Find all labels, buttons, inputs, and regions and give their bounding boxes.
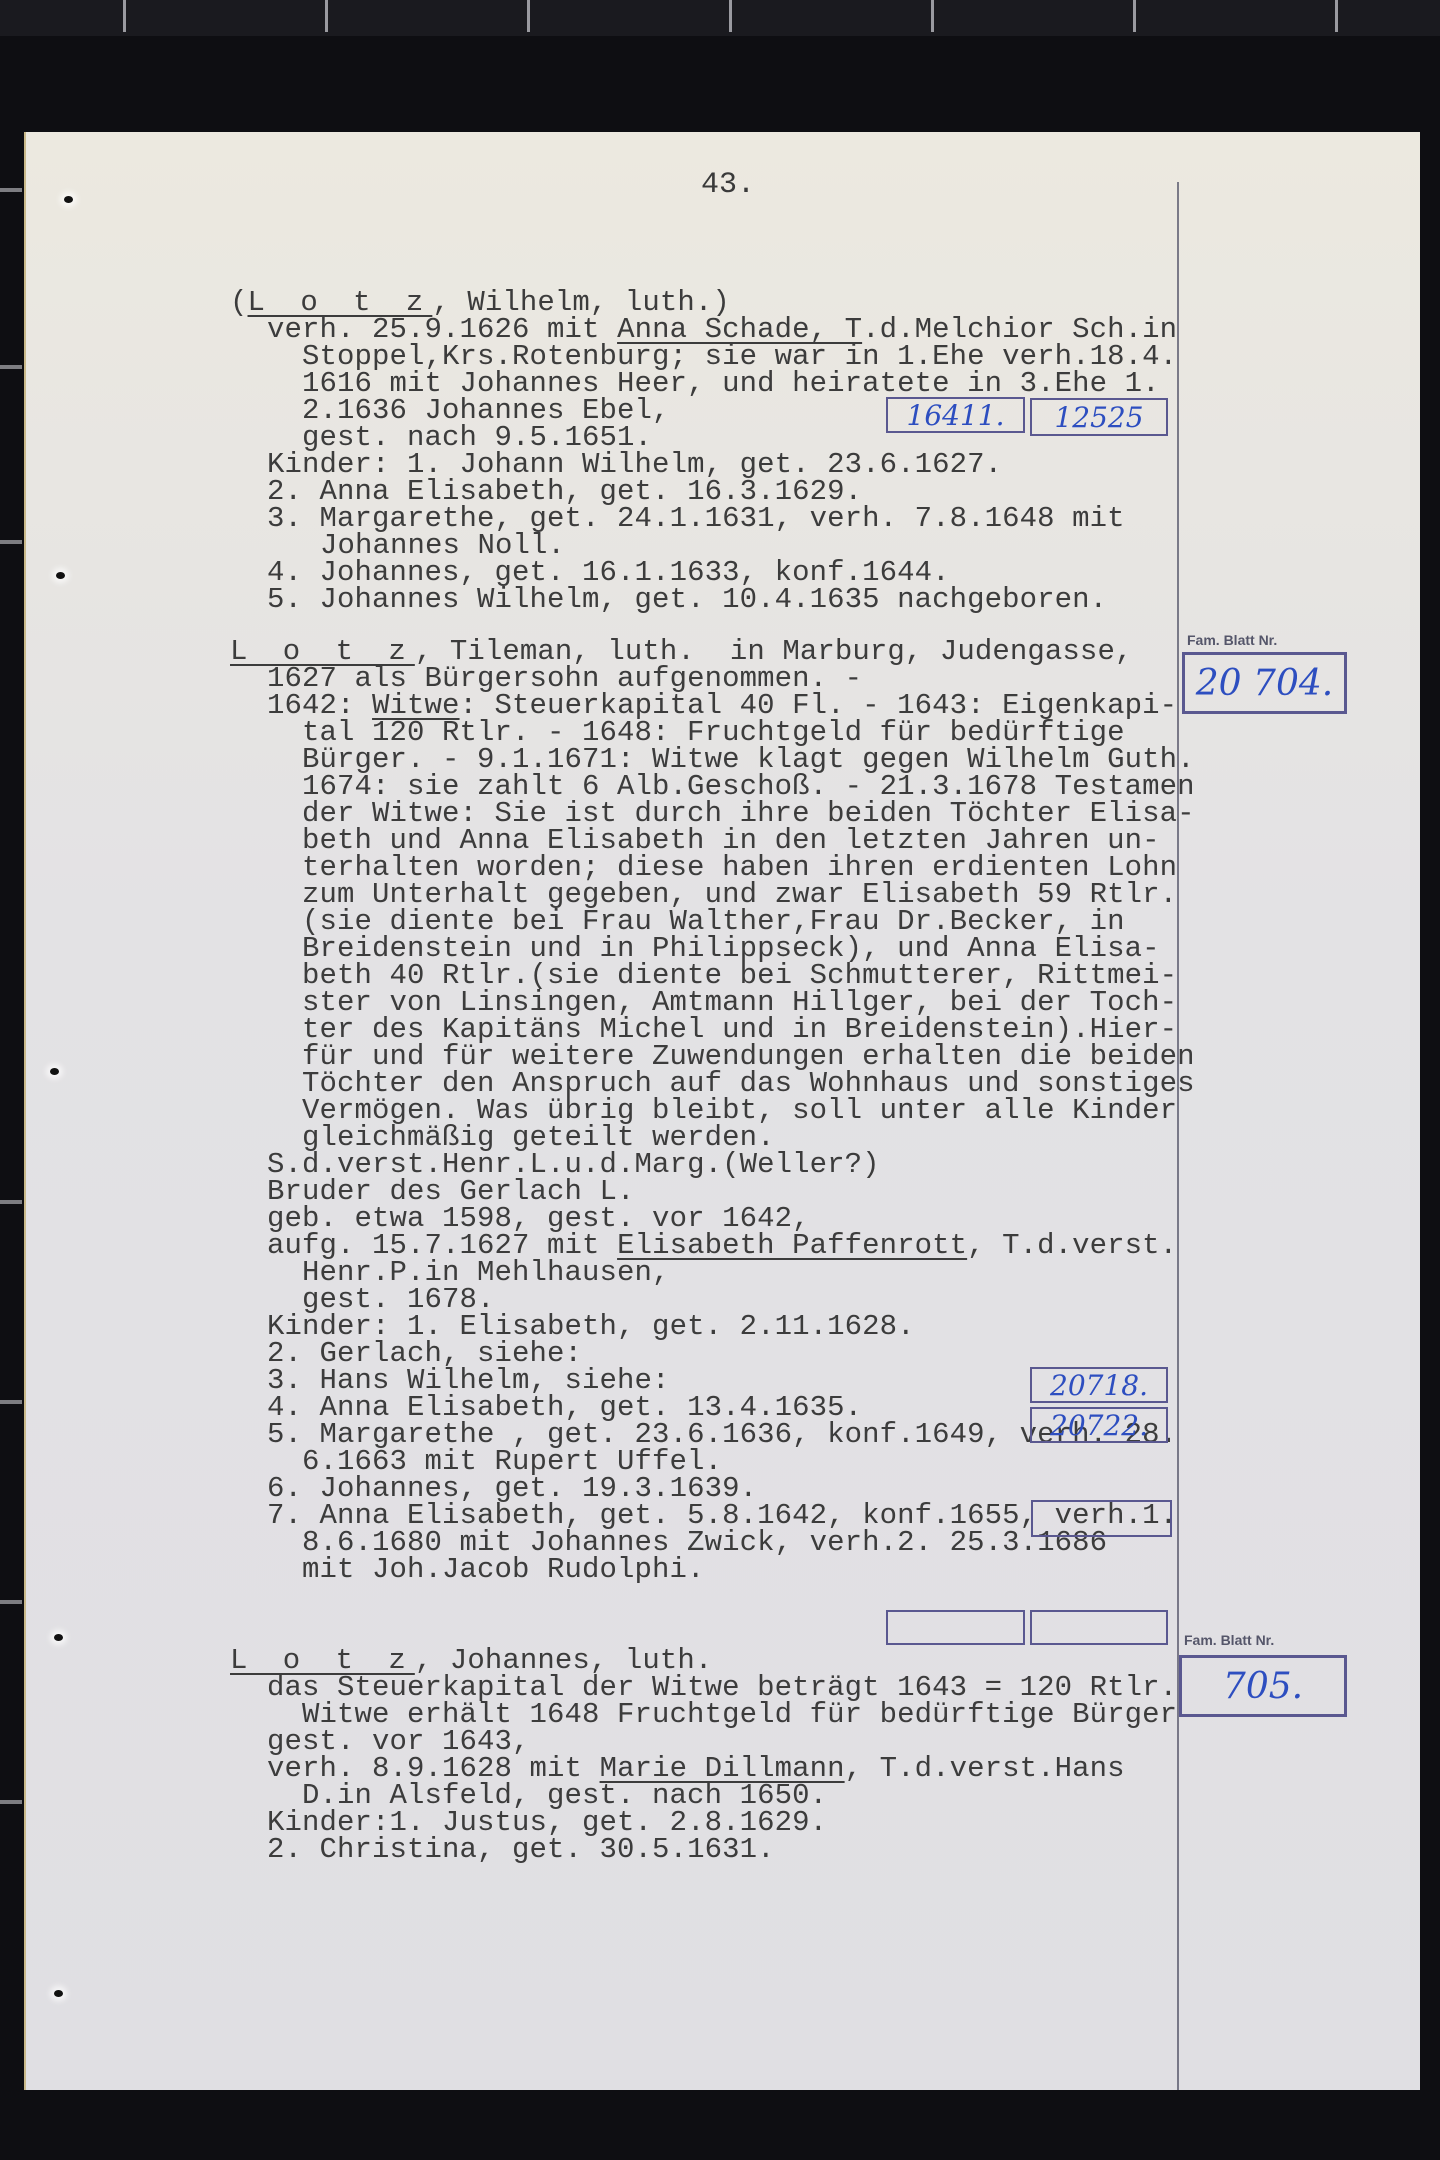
film-tick <box>123 0 126 32</box>
punch-hole <box>50 1068 59 1075</box>
text-line: gest. 1678. <box>302 1286 495 1313</box>
reference-box-empty <box>1030 1610 1168 1645</box>
film-edge-mark <box>0 1800 22 1804</box>
child-item-cont: 8.6.1680 mit Johannes Zwick, verh.2. 25.… <box>302 1529 1107 1556</box>
punch-hole <box>54 1634 63 1641</box>
text-line: beth und Anna Elisabeth in den letzten J… <box>302 827 1160 854</box>
text-line: aufg. 15.7.1627 mit Elisabeth Paffenrott… <box>267 1232 1177 1259</box>
text-line: Stoppel,Krs.Rotenburg; sie war in 1.Ehe … <box>302 343 1177 370</box>
text-line: (sie diente bei Frau Walther,Frau Dr.Bec… <box>302 908 1125 935</box>
text-line: 1642: Witwe: Steuerkapital 40 Fl. - 1643… <box>267 692 1177 719</box>
child-item: 3. Margarethe, get. 24.1.1631, verh. 7.8… <box>267 505 1125 532</box>
text-line: geb. etwa 1598, gest. vor 1642, <box>267 1205 810 1232</box>
text-line: Breidenstein und in Philippseck), und An… <box>302 935 1160 962</box>
text-line: terhalten worden; diese haben ihren erdi… <box>302 854 1177 881</box>
children-heading: Kinder: 1. Johann Wilhelm, get. 23.6.162… <box>267 451 1002 478</box>
text-line: verh. 8.9.1628 mit Marie Dillmann, T.d.v… <box>267 1755 1125 1782</box>
text-line: ter des Kapitäns Michel und in Breidenst… <box>302 1016 1177 1043</box>
child-item-cont: Johannes Noll. <box>320 532 565 559</box>
child-item: 2. Gerlach, siehe: <box>267 1340 582 1367</box>
text-line: 2.1636 Johannes Ebel, <box>302 397 670 424</box>
child-item: 4. Johannes, get. 16.1.1633, konf.1644. <box>267 559 950 586</box>
text-line: Witwe erhält 1648 Fruchtgeld für bedürft… <box>302 1701 1177 1728</box>
film-tick <box>527 0 530 32</box>
child-item-cont: mit Joh.Jacob Rudolphi. <box>302 1556 705 1583</box>
film-edge-mark <box>0 365 22 369</box>
film-strip-top <box>0 0 1440 36</box>
punch-hole <box>64 196 73 203</box>
text-line: beth 40 Rtlr.(sie diente bei Schmutterer… <box>302 962 1177 989</box>
text-line: S.d.verst.Henr.L.u.d.Marg.(Weller?) <box>267 1151 880 1178</box>
fam-blatt-label: Fam. Blatt Nr. <box>1184 1632 1274 1648</box>
text-line: das Steuerkapital der Witwe beträgt 1643… <box>267 1674 1177 1701</box>
text-line: 1616 mit Johannes Heer, und heiratete in… <box>302 370 1160 397</box>
fam-blatt-label: Fam. Blatt Nr. <box>1187 632 1277 648</box>
entry-header-tileman: L o t z, Tileman, luth. in Marburg, Jude… <box>230 638 1132 665</box>
text-line: für und für weitere Zuwendungen erhalten… <box>302 1043 1195 1070</box>
text-line: D.in Alsfeld, gest. nach 1650. <box>302 1782 827 1809</box>
child-item-cont: 6.1663 mit Rupert Uffel. <box>302 1448 722 1475</box>
film-tick <box>729 0 732 32</box>
punch-hole <box>54 1990 63 1997</box>
child-item: 2. Christina, get. 30.5.1631. <box>267 1836 775 1863</box>
reference-box-empty <box>1031 1500 1172 1537</box>
film-tick <box>325 0 328 32</box>
text-line: der Witwe: Sie ist durch ihre beiden Töc… <box>302 800 1195 827</box>
document-page: 43. (L o t z, Wilhelm, luth.) verh. 25.9… <box>24 132 1420 2090</box>
child-item: 2. Anna Elisabeth, get. 16.3.1629. <box>267 478 862 505</box>
film-edge-mark <box>0 1200 22 1204</box>
fam-blatt-box: 20 704. <box>1182 652 1347 714</box>
film-edge-mark <box>0 188 22 192</box>
entry-header-johannes: L o t z, Johannes, luth. <box>230 1647 712 1674</box>
child-item: 3. Hans Wilhelm, siehe: <box>267 1367 670 1394</box>
text-line: gleichmäßig geteilt werden. <box>302 1124 775 1151</box>
punch-hole <box>56 572 65 579</box>
film-edge-mark <box>0 540 22 544</box>
text-line: gest. nach 9.5.1651. <box>302 424 652 451</box>
text-line: gest. vor 1643, <box>267 1728 530 1755</box>
children-heading: Kinder: 1. Elisabeth, get. 2.11.1628. <box>267 1313 915 1340</box>
page-number: 43. <box>701 168 755 202</box>
reference-box: 20718. <box>1030 1367 1168 1403</box>
child-item: 5. Johannes Wilhelm, get. 10.4.1635 nach… <box>267 586 1107 613</box>
child-item: 4. Anna Elisabeth, get. 13.4.1635. <box>267 1394 862 1421</box>
film-edge-mark <box>0 1600 22 1604</box>
text-line: 1674: sie zahlt 6 Alb.Geschoß. - 21.3.16… <box>302 773 1195 800</box>
text-line: verh. 25.9.1626 mit Anna Schade, T.d.Mel… <box>267 316 1177 343</box>
text-line: tal 120 Rtlr. - 1648: Fruchtgeld für bed… <box>302 719 1125 746</box>
child-item: 6. Johannes, get. 19.3.1639. <box>267 1475 757 1502</box>
text-line: ster von Linsingen, Amtmann Hillger, bei… <box>302 989 1177 1016</box>
film-tick <box>1335 0 1338 32</box>
children-heading: Kinder:1. Justus, get. 2.8.1629. <box>267 1809 827 1836</box>
entry-header-wilhelm: (L o t z, Wilhelm, luth.) <box>230 289 730 316</box>
reference-box: 12525 <box>1030 398 1168 436</box>
text-line: Töchter den Anspruch auf das Wohnhaus un… <box>302 1070 1195 1097</box>
film-tick <box>931 0 934 32</box>
film-tick <box>1133 0 1136 32</box>
text-line: Bürger. - 9.1.1671: Witwe klagt gegen Wi… <box>302 746 1195 773</box>
text-line: Vermögen. Was übrig bleibt, soll unter a… <box>302 1097 1177 1124</box>
fam-blatt-box: 705. <box>1179 1655 1347 1717</box>
text-line: zum Unterhalt gegeben, und zwar Elisabet… <box>302 881 1177 908</box>
reference-box: 16411. <box>886 397 1025 433</box>
text-line: Bruder des Gerlach L. <box>267 1178 635 1205</box>
reference-box: 20722. <box>1030 1407 1168 1443</box>
margin-rule <box>1177 182 1179 2090</box>
text-line: 1627 als Bürgersohn aufgenommen. - <box>267 665 862 692</box>
text-line: Henr.P.in Mehlhausen, <box>302 1259 670 1286</box>
reference-box-empty <box>886 1610 1025 1645</box>
spouse-name: Elisabeth Paffenrott <box>617 1229 967 1262</box>
film-edge-mark <box>0 1400 22 1404</box>
